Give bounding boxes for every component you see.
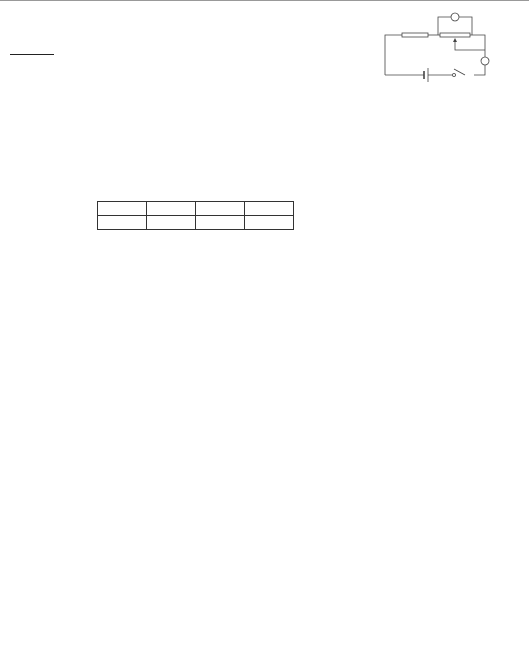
data-record-table	[97, 201, 294, 230]
circuit-diagram	[380, 5, 490, 85]
table-cell	[245, 216, 294, 230]
table-cell	[147, 202, 196, 216]
answer-blank	[10, 43, 54, 55]
table-cell	[196, 216, 245, 230]
table-row	[98, 216, 294, 230]
table-cell	[196, 202, 245, 216]
table-row	[98, 202, 294, 216]
table-header-current	[98, 202, 147, 216]
table-cell	[147, 216, 196, 230]
table-header-voltage	[98, 216, 147, 230]
page-top-border	[0, 0, 529, 1]
table-cell	[245, 202, 294, 216]
